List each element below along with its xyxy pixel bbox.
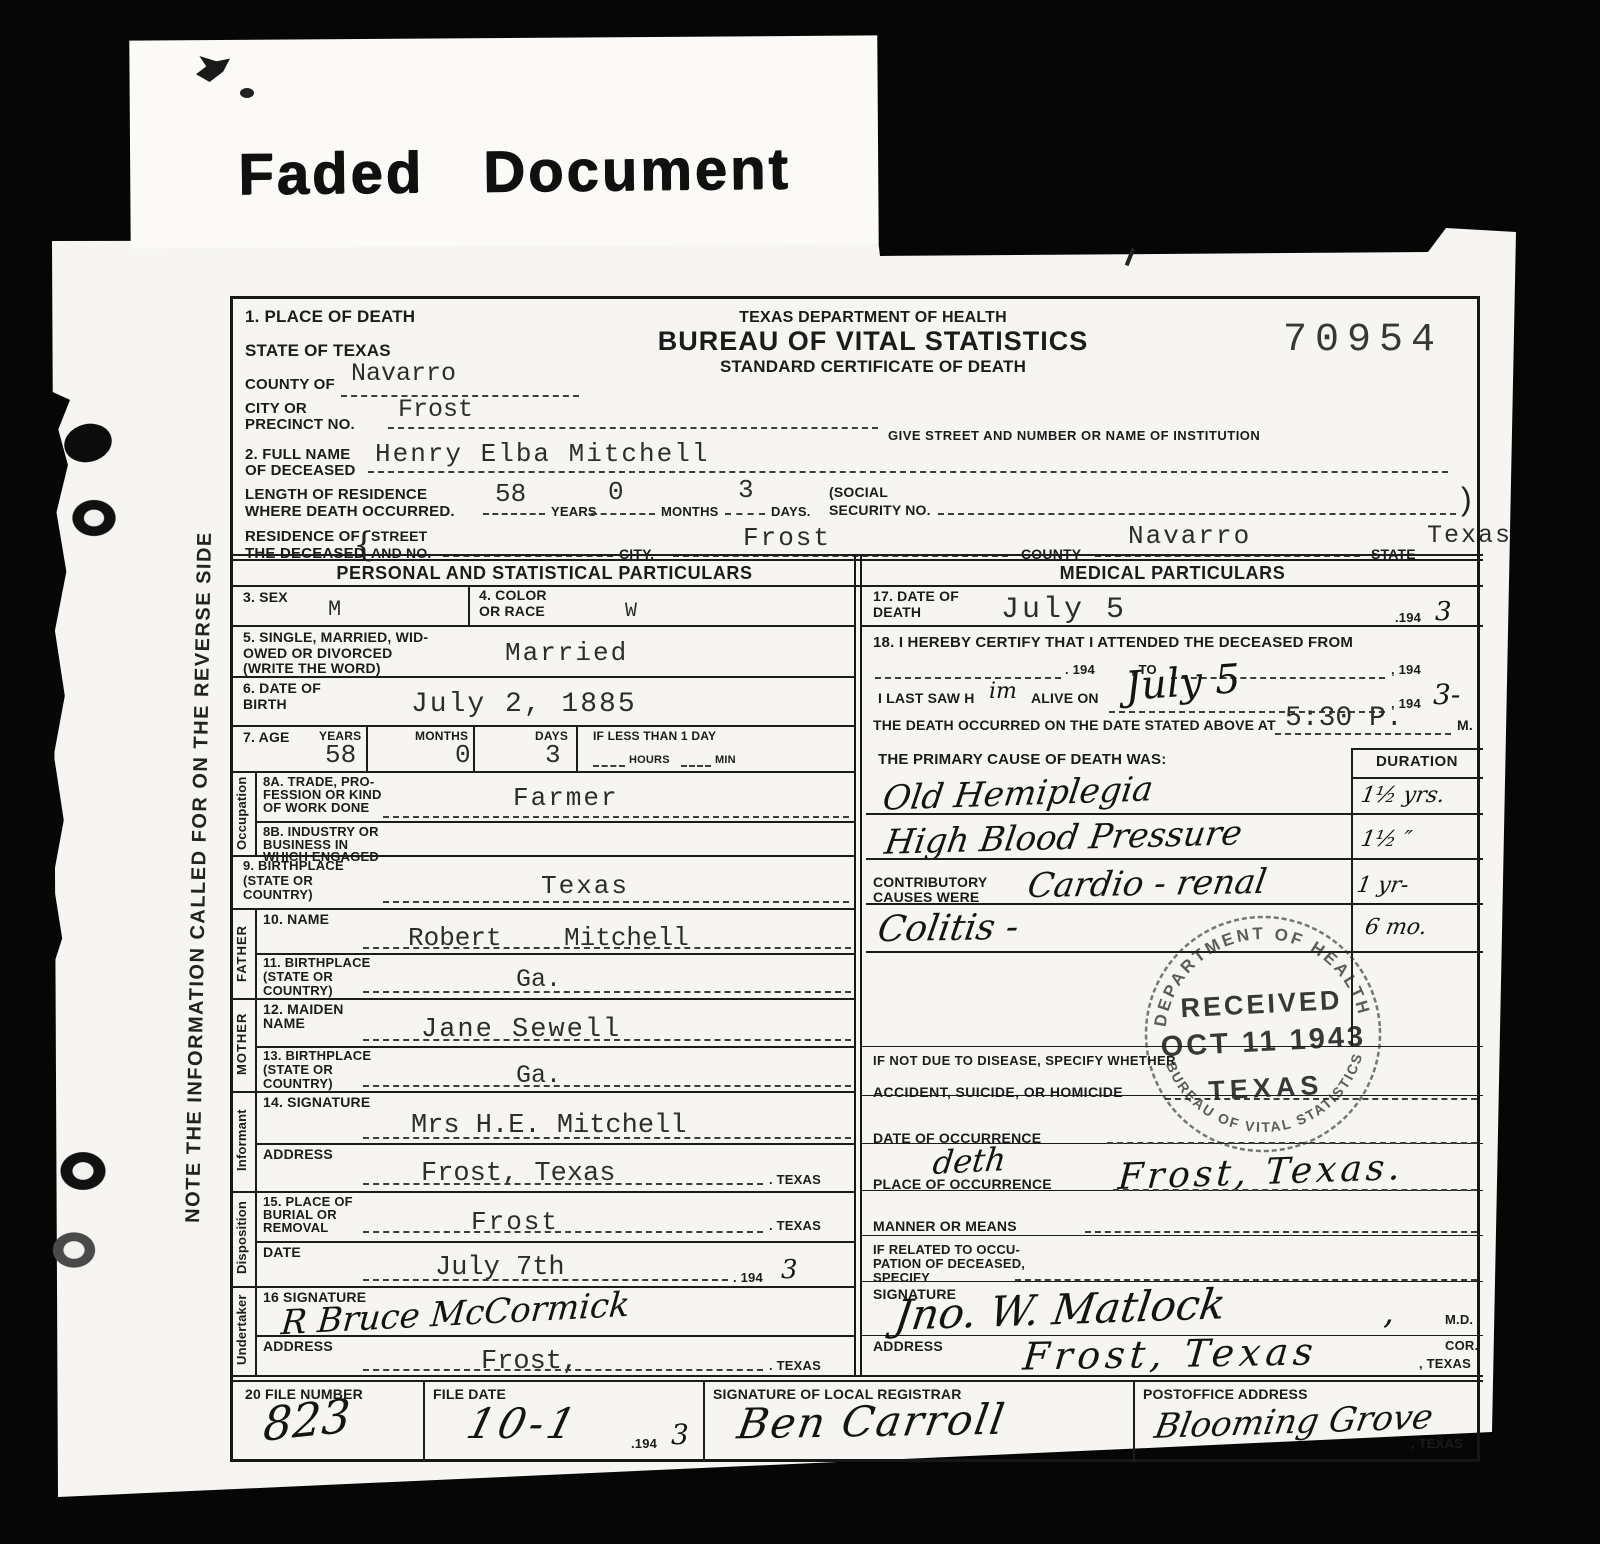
res-city-value: Frost — [743, 525, 831, 551]
rule — [866, 903, 1483, 905]
dob-value: July 2, 1885 — [411, 691, 637, 719]
city-line — [388, 427, 878, 429]
dod-label-1: 17. DATE OF — [873, 589, 959, 605]
burial-year-hand: 3 — [781, 1257, 798, 1283]
place-of-death-label: 1. PLACE OF DEATH — [245, 307, 415, 326]
marital-value: Married — [505, 640, 628, 666]
min-line — [681, 765, 711, 767]
sex-value: M — [328, 599, 341, 621]
months-label: MONTHS — [661, 505, 719, 520]
place-occurrence-label: PLACE OF OCCURRENCE — [873, 1177, 1052, 1193]
rule — [233, 771, 856, 773]
registrar-signature: Ben Carroll — [735, 1399, 1009, 1446]
stamp-texas: TEXAS — [1208, 1070, 1324, 1106]
birthplace-line — [383, 901, 849, 903]
place-occurrence-line — [1113, 1189, 1477, 1191]
res-county-value: Navarro — [1128, 523, 1251, 549]
city-label-2: PRECINCT NO. — [245, 417, 355, 434]
disposition-side-label: Disposition — [235, 1193, 253, 1283]
burial-label-3: REMOVAL — [263, 1221, 328, 1236]
physician-address-label: ADDRESS — [873, 1339, 943, 1355]
rule — [233, 908, 856, 910]
age-hours-label: HOURS — [629, 754, 670, 766]
cause-3-duration: 1 yr- — [1355, 875, 1410, 897]
undertaker-state-suffix: . TEXAS — [769, 1359, 821, 1374]
manner-label: MANNER OR MEANS — [873, 1219, 1017, 1235]
physician-address-value: Frost, Texas — [1021, 1332, 1319, 1375]
years-line — [483, 513, 545, 515]
manner-line — [1085, 1231, 1477, 1233]
months-value: 0 — [608, 479, 624, 505]
cause-1-text: Old Hemiplegia — [881, 772, 1156, 816]
informant-side-label: Informant — [235, 1093, 253, 1187]
scanned-death-certificate: Faded Document NOTE THE INFORMATION CALL… — [0, 0, 1600, 1544]
postoffice-value: Blooming Grove — [1152, 1400, 1435, 1444]
undertaker-address-value: Frost, — [481, 1349, 578, 1376]
rule — [255, 1335, 856, 1337]
days-line — [725, 513, 765, 515]
last-saw-hand-him: im — [989, 681, 1017, 703]
dod-year-hand: 3 — [1435, 599, 1452, 625]
age-days-value: 3 — [545, 742, 561, 768]
rule — [1351, 777, 1483, 779]
certify-from-line — [875, 677, 1061, 679]
county-label: COUNTY OF — [245, 377, 335, 394]
occurred-line — [1275, 733, 1451, 735]
father-name-line — [363, 947, 851, 949]
cause-1-duration: 1½ yrs. — [1359, 785, 1446, 807]
file-date-year-prefix: .194 — [631, 1437, 657, 1452]
if-not-line-1: IF NOT DUE TO DISEASE, SPECIFY WHETHER — [873, 1054, 1176, 1069]
certify-year-1: . 194 — [1065, 663, 1095, 678]
file-number-value: 823 — [262, 1392, 351, 1448]
rule — [233, 1286, 856, 1288]
physician-state-suffix: , TEXAS — [1419, 1357, 1471, 1372]
rule — [233, 676, 856, 678]
father-birthplace-value: Ga. — [516, 967, 561, 992]
father-birthplace-label-3: COUNTRY) — [263, 984, 333, 999]
burial-date-line — [363, 1279, 728, 1281]
social-label-2: SECURITY NO. — [829, 503, 931, 519]
dob-label-1: 6. DATE OF — [243, 681, 321, 697]
rule — [233, 1375, 1483, 1377]
father-birthplace-line — [363, 991, 851, 993]
rule — [255, 1241, 856, 1243]
certify-year-2: , 194 — [1391, 663, 1421, 678]
undertaker-address-line — [363, 1369, 763, 1371]
informant-address-line — [363, 1183, 763, 1185]
days-value: 3 — [738, 477, 754, 503]
cell-divider — [703, 1380, 705, 1462]
dod-value: July 5 — [1001, 595, 1127, 625]
cause-2-duration: 1½ ″ — [1359, 829, 1413, 851]
rule — [233, 725, 856, 727]
residence-length-label-1: LENGTH OF RESIDENCE — [245, 487, 427, 504]
last-saw-label-b: ALIVE ON — [1031, 691, 1099, 707]
informant-state-suffix: . TEXAS — [769, 1173, 821, 1188]
md-label: M.D. — [1445, 1313, 1473, 1328]
hours-line — [593, 765, 625, 767]
cause-2-text: High Blood Pressure — [883, 816, 1245, 859]
stamp-date: OCT 11 1943 — [1160, 1021, 1367, 1064]
occupation-side-label: Occupation — [235, 773, 253, 853]
full-name-line — [368, 471, 1448, 473]
file-date-value: 10-1 — [463, 1403, 584, 1445]
informant-address-label: ADDRESS — [263, 1147, 333, 1163]
age-min-label: MIN — [715, 754, 736, 766]
hole-punch — [70, 498, 118, 538]
cell-divider — [423, 1380, 425, 1462]
rule — [866, 858, 1483, 860]
social-close-paren: ) — [1461, 481, 1472, 518]
birthplace-value: Texas — [541, 873, 629, 899]
residence-of-label-1: RESIDENCE OF — [245, 529, 360, 546]
certificate-form: 1. PLACE OF DEATH STATE OF TEXAS TEXAS D… — [230, 296, 1480, 1462]
mother-side-label: MOTHER — [235, 1000, 253, 1088]
age-years-value: 58 — [325, 742, 356, 768]
residence-length-label-2: WHERE DEATH OCCURRED. — [245, 504, 455, 521]
informant-signature-label: 14. SIGNATURE — [263, 1095, 370, 1111]
file-date-year-hand: 3 — [671, 1421, 689, 1449]
last-saw-value: July 5 — [1124, 659, 1242, 707]
institution-note: GIVE STREET AND NUMBER OR NAME OF INSTIT… — [888, 429, 1260, 444]
city-value: Frost — [398, 397, 473, 422]
state-of-texas-label: STATE OF TEXAS — [245, 341, 391, 360]
sex-label: 3. SEX — [243, 590, 288, 606]
certificate-number: 70954 — [1283, 321, 1443, 361]
birthplace-label-1: 9. BIRTHPLACE — [243, 859, 344, 874]
bureau-title: BUREAU OF VITAL STATISTICS — [603, 326, 1143, 356]
cell-divider — [468, 585, 470, 625]
cause-3-text: Cardio - renal — [1025, 865, 1269, 903]
rule — [233, 998, 856, 1000]
years-label: YEARS — [551, 505, 597, 520]
related-line — [1015, 1279, 1477, 1281]
full-name-label-2: OF DECEASED — [245, 463, 356, 480]
personal-section-title: PERSONAL AND STATISTICAL PARTICULARS — [233, 563, 856, 583]
mother-birthplace-label-3: COUNTRY) — [263, 1077, 333, 1092]
side-strip-border — [255, 908, 257, 1375]
social-label-1: (SOCIAL — [829, 485, 888, 501]
street-label-1: STREET — [371, 529, 427, 545]
dob-label-2: BIRTH — [243, 697, 287, 713]
mother-name-label-2: NAME — [263, 1016, 305, 1032]
trade-label-3: OF WORK DONE — [263, 801, 369, 816]
primary-cause-label: THE PRIMARY CAUSE OF DEATH WAS: — [878, 752, 1166, 769]
informant-signature-line — [363, 1137, 851, 1139]
duration-label: DURATION — [1351, 754, 1483, 771]
burial-state-suffix: . TEXAS — [769, 1219, 821, 1234]
rule — [233, 855, 856, 857]
last-saw-year-hand: 3- — [1433, 681, 1460, 709]
county-value: Navarro — [351, 361, 456, 386]
age-months-value: 0 — [455, 742, 471, 768]
postoffice-label: POSTOFFICE ADDRESS — [1143, 1387, 1308, 1403]
hole-punch — [58, 1150, 108, 1192]
certificate-title: STANDARD CERTIFICATE OF DEATH — [663, 357, 1083, 376]
rule — [1351, 748, 1483, 750]
received-stamp: DEPARTMENT OF HEALTH BUREAU OF VITAL STA… — [1132, 903, 1395, 1166]
if-not-line-2: ACCIDENT, SUICIDE, OR HOMICIDE — [873, 1085, 1123, 1101]
full-name-value: Henry Elba Mitchell — [375, 441, 709, 467]
dept-of-health-title: TEXAS DEPARTMENT OF HEALTH — [663, 309, 1083, 327]
hole-punch — [50, 1230, 98, 1270]
ink-speck — [240, 88, 254, 98]
occurred-label: THE DEATH OCCURRED ON THE DATE STATED AB… — [873, 718, 1276, 734]
rule — [233, 1091, 856, 1093]
father-side-label: FATHER — [235, 910, 253, 996]
color-value: W — [625, 602, 637, 622]
birthplace-label-3: COUNTRY) — [243, 888, 313, 903]
age-label: 7. AGE — [243, 730, 290, 746]
months-line — [591, 513, 655, 515]
undertaker-address-label: ADDRESS — [263, 1339, 333, 1355]
marital-label-1: 5. SINGLE, MARRIED, WID- — [243, 630, 428, 646]
occurred-time-value: 5:30 P. — [1285, 705, 1403, 733]
burial-date-label: DATE — [263, 1245, 301, 1261]
dod-year-prefix: .194 — [1395, 611, 1421, 626]
rule — [255, 821, 856, 823]
rule — [233, 625, 856, 627]
undertaker-side-label: Undertaker — [235, 1288, 253, 1372]
burial-date-value: July 7th — [435, 1255, 565, 1282]
burial-line — [363, 1231, 763, 1233]
rule — [233, 1380, 1483, 1382]
cause-4-text: Colitis - — [875, 910, 1021, 949]
social-line — [938, 513, 1456, 515]
trade-value: Farmer — [513, 785, 619, 811]
color-label-2: OR RACE — [479, 604, 545, 620]
related-label-3: SPECIFY — [873, 1271, 930, 1286]
certify-line-1: 18. I HEREBY CERTIFY THAT I ATTENDED THE… — [873, 635, 1353, 652]
medical-section-title: MEDICAL PARTICULARS — [862, 563, 1483, 583]
color-label-1: 4. COLOR — [479, 588, 547, 604]
years-value: 58 — [495, 481, 526, 507]
last-saw-label-a: I LAST SAW H — [878, 691, 975, 707]
mother-birthplace-line — [363, 1085, 851, 1087]
informant-signature-value: Mrs H.E. Mitchell — [411, 1113, 686, 1140]
dod-label-2: DEATH — [873, 605, 921, 621]
cell-divider — [366, 725, 368, 771]
res-state-value: Texas — [1427, 523, 1512, 548]
cell-divider — [1133, 1380, 1135, 1462]
trade-line — [383, 816, 849, 818]
burial-year-prefix: . 194 — [733, 1271, 763, 1286]
rule — [862, 1235, 1483, 1236]
rule — [233, 1191, 856, 1193]
cor-label: COR. — [1445, 1339, 1478, 1354]
cell-divider — [473, 725, 475, 771]
days-label: DAYS. — [771, 505, 811, 520]
mother-name-line — [363, 1039, 851, 1041]
date-occurrence-hand: deth — [931, 1143, 1008, 1179]
faded-document-label: Faded Document — [238, 135, 791, 208]
stamp-received: RECEIVED — [1180, 985, 1343, 1023]
father-name-label: 10. NAME — [263, 912, 329, 928]
age-less-label: IF LESS THAN 1 DAY — [593, 730, 716, 743]
physician-signature-comma: , — [1383, 1295, 1394, 1329]
occurred-m-label: M. — [1457, 718, 1473, 734]
side-strip-border — [255, 771, 257, 855]
rule — [862, 625, 1483, 627]
postoffice-state-suffix: , TEXAS — [1411, 1437, 1463, 1452]
cell-divider — [576, 725, 578, 771]
marital-label-3: (WRITE THE WORD) — [243, 661, 381, 677]
rule — [255, 1143, 856, 1145]
physician-signature: Jno. W. Matlock — [892, 1283, 1228, 1337]
